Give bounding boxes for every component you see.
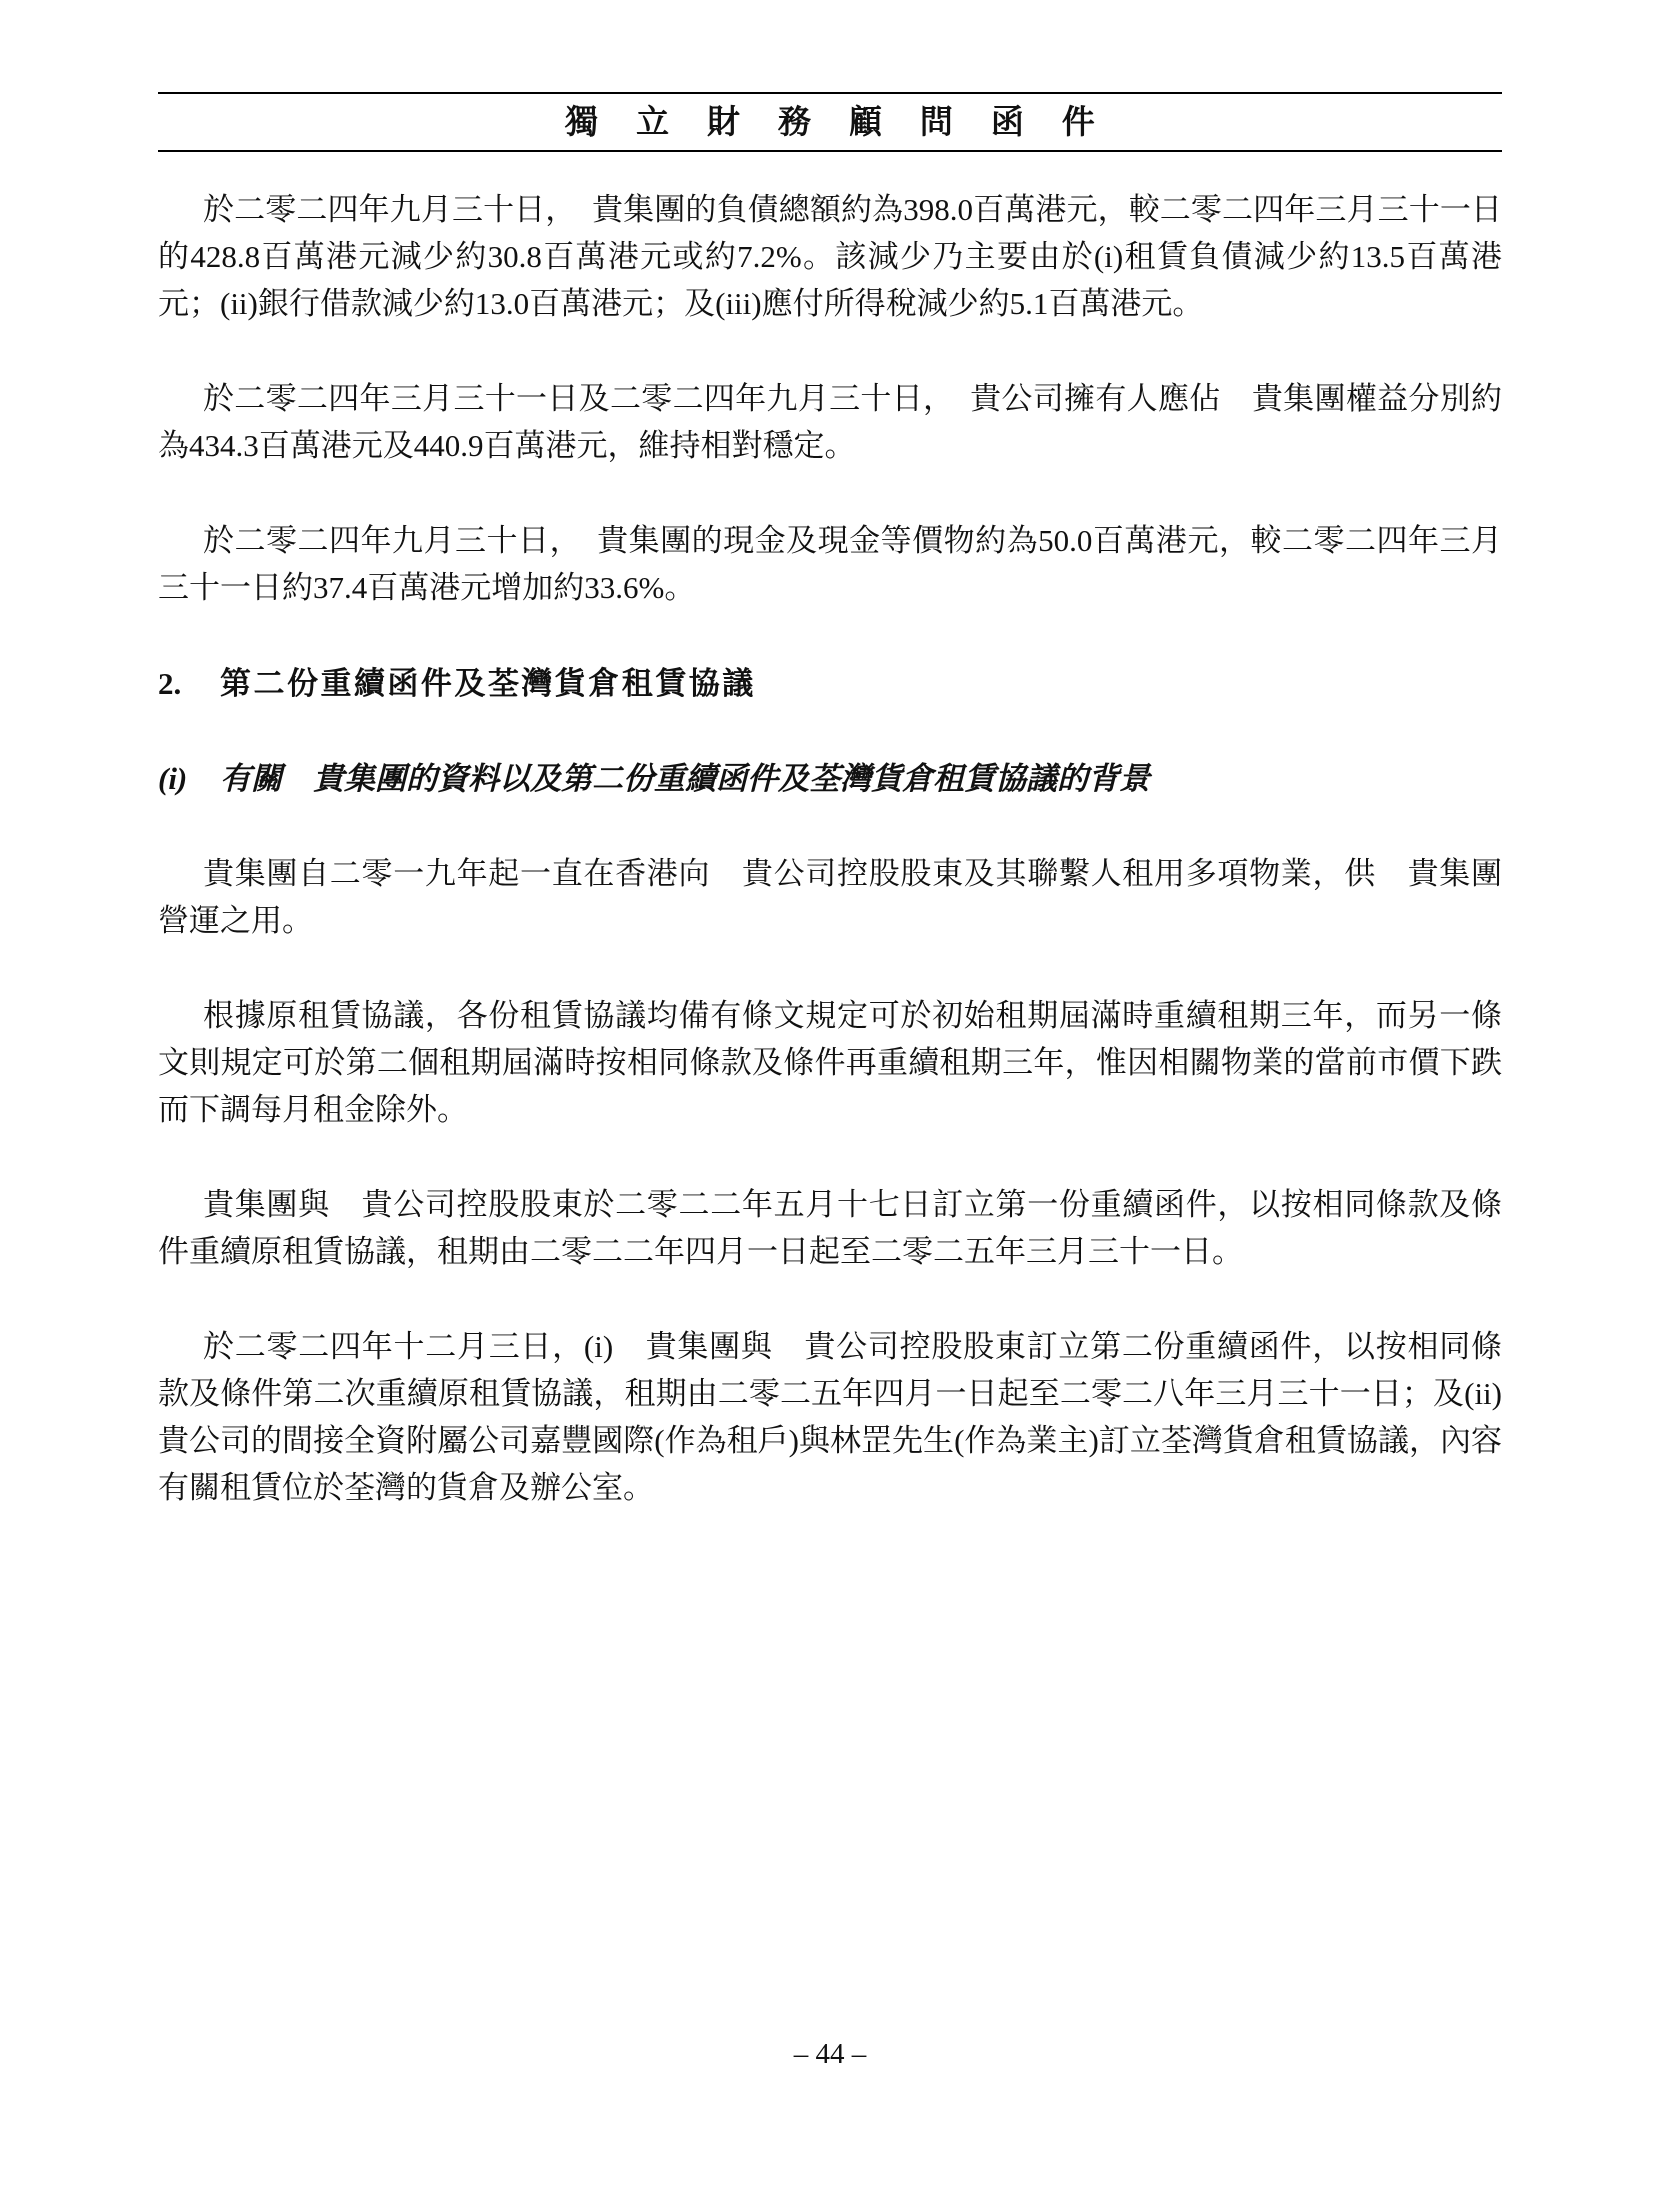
page-header-title: 獨立財務顧問函件: [158, 94, 1502, 150]
subsection-heading: (i) 有關 貴集團的資料以及第二份重續函件及荃灣貨倉租賃協議的背景: [158, 755, 1502, 802]
subsection-marker: (i): [158, 755, 220, 802]
section-title: 第二份重續函件及荃灣貨倉租賃協議: [220, 660, 1502, 707]
paragraph-equity: 於二零二四年三月三十一日及二零二四年九月三十日， 貴公司擁有人應佔 貴集團權益分…: [158, 375, 1502, 469]
page-content: 獨立財務顧問函件 於二零二四年九月三十日， 貴集團的負債總額約為398.0百萬港…: [158, 0, 1502, 1511]
document-page: 獨立財務顧問函件 於二零二四年九月三十日， 貴集團的負債總額約為398.0百萬港…: [0, 0, 1654, 2205]
paragraph-first-renewal-letter: 貴集團與 貴公司控股股東於二零二二年五月十七日訂立第一份重續函件，以按相同條款及…: [158, 1181, 1502, 1275]
paragraph-cash-equivalents: 於二零二四年九月三十日， 貴集團的現金及現金等價物約為50.0百萬港元，較二零二…: [158, 517, 1502, 611]
paragraph-second-renewal-letter: 於二零二四年十二月三日，(i) 貴集團與 貴公司控股股東訂立第二份重續函件，以按…: [158, 1323, 1502, 1511]
section-number: 2.: [158, 660, 220, 707]
section-heading: 2. 第二份重續函件及荃灣貨倉租賃協議: [158, 660, 1502, 707]
subsection-title: 有關 貴集團的資料以及第二份重續函件及荃灣貨倉租賃協議的背景: [220, 755, 1502, 802]
paragraph-original-lease-terms: 根據原租賃協議，各份租賃協議均備有條文規定可於初始租期屆滿時重續租期三年，而另一…: [158, 992, 1502, 1133]
paragraph-total-liabilities: 於二零二四年九月三十日， 貴集團的負債總額約為398.0百萬港元，較二零二四年三…: [158, 186, 1502, 327]
page-number: – 44 –: [158, 2034, 1502, 2074]
paragraph-leasing-history: 貴集團自二零一九年起一直在香港向 貴公司控股股東及其聯繫人租用多項物業，供 貴集…: [158, 850, 1502, 944]
header-bottom-rule: [158, 150, 1502, 152]
